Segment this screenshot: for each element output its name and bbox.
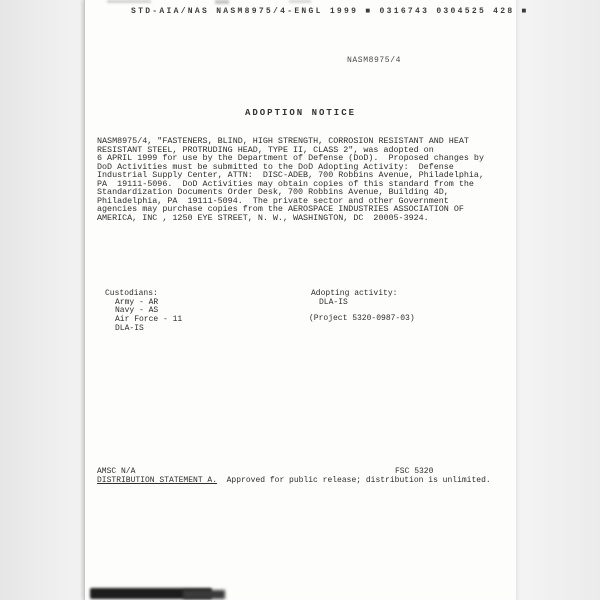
custodians-block: Custodians: Army - AR Navy - AS Air Forc… — [105, 290, 182, 334]
scan-artifact — [107, 0, 151, 3]
body-line: AMERICA, INC , 1250 EYE STREET, N. W., W… — [97, 214, 509, 223]
distribution-statement-text: Approved for public release; distributio… — [217, 476, 491, 485]
body-paragraph: NASM8975/4, "FASTENERS, BLIND, HIGH STRE… — [97, 137, 509, 222]
scan-artifact — [289, 0, 311, 3]
fsc-code: FSC 5320 — [395, 467, 433, 476]
scan-background: STD-AIA/NAS NASM8975/4-ENGL 1999 ■ 03167… — [0, 0, 600, 600]
project-number: (Project 5320-0987-03) — [309, 314, 415, 323]
document-page: STD-AIA/NAS NASM8975/4-ENGL 1999 ■ 03167… — [84, 0, 516, 600]
custodian-item: DLA-IS — [105, 325, 182, 334]
distribution-statement-label: DISTRIBUTION STATEMENT A. — [97, 476, 217, 485]
scan-artifact-blot — [183, 590, 225, 599]
amsc-code: AMSC N/A — [97, 467, 135, 476]
document-number: NASM8975/4 — [347, 56, 401, 65]
scan-artifact — [215, 0, 229, 4]
scan-header-line: STD-AIA/NAS NASM8975/4-ENGL 1999 ■ 03167… — [131, 7, 529, 16]
page-title: ADOPTION NOTICE — [85, 108, 516, 118]
page-content: STD-AIA/NAS NASM8975/4-ENGL 1999 ■ 03167… — [85, 0, 516, 600]
adopting-activity-block: Adopting activity: DLA-IS — [311, 290, 397, 307]
distribution-statement: DISTRIBUTION STATEMENT A. Approved for p… — [97, 476, 491, 485]
adopting-activity-value: DLA-IS — [311, 299, 397, 308]
